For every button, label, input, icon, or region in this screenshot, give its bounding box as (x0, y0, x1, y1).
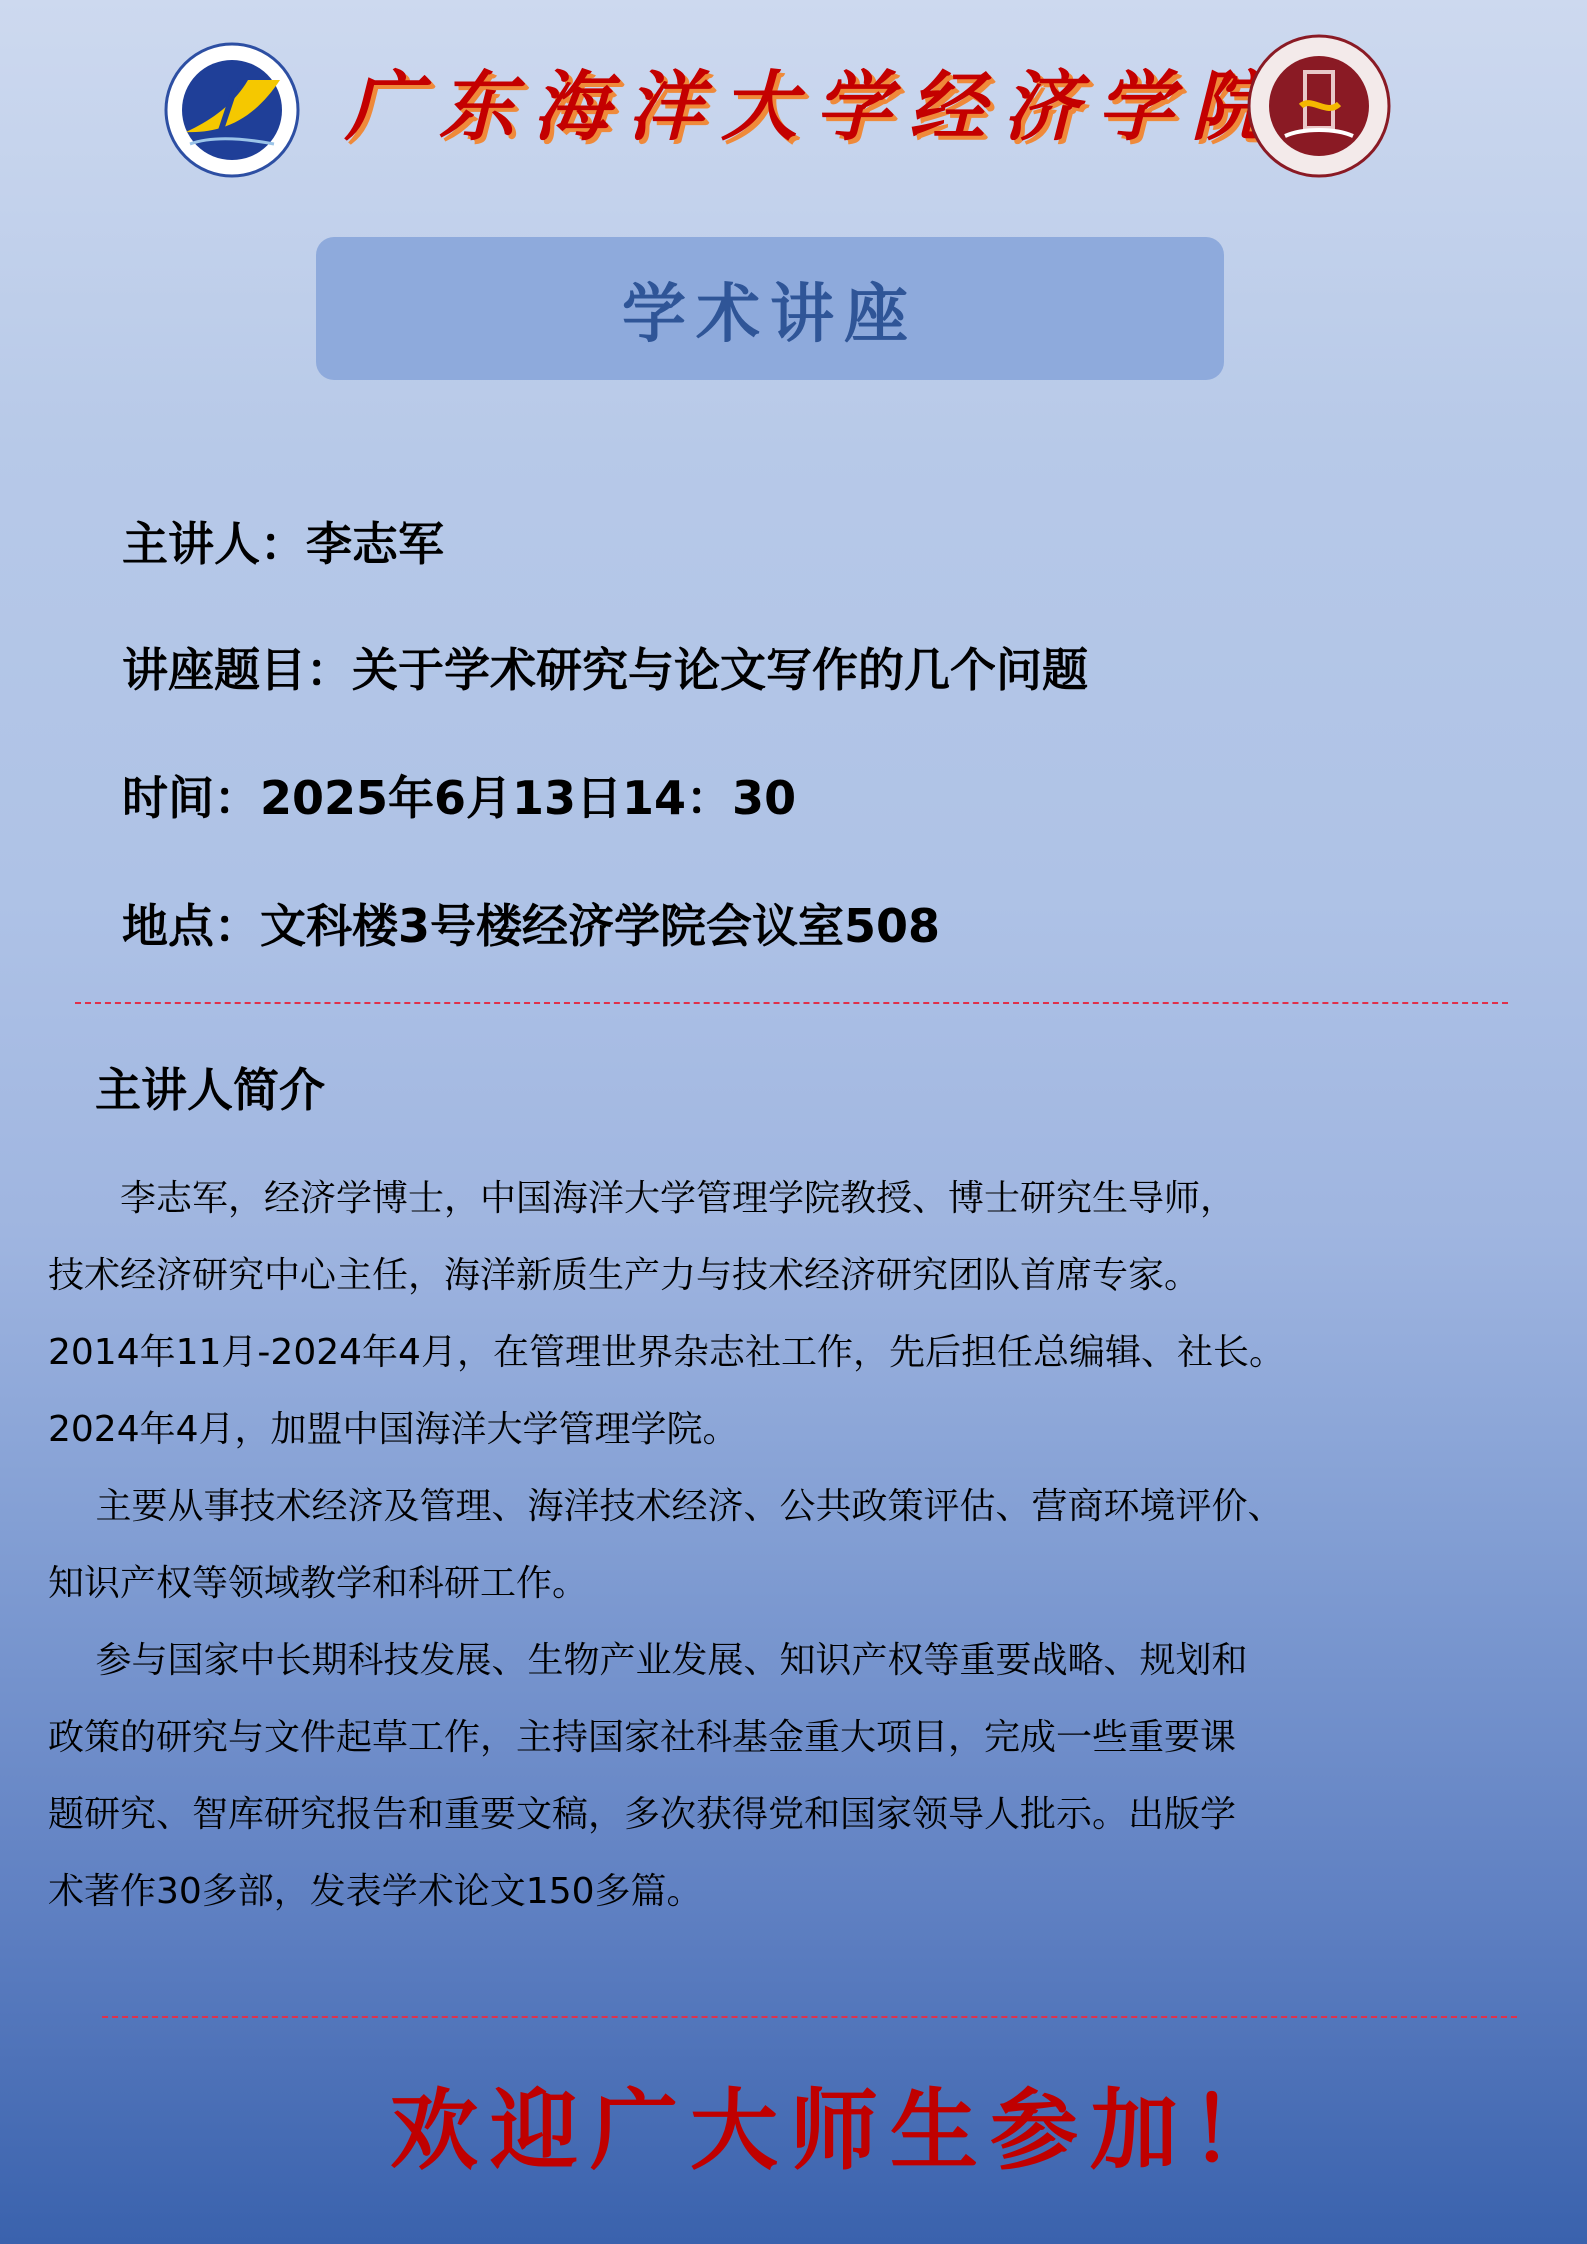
bio-line: 主要从事技术经济及管理、海洋技术经济、公共政策评估、营商环境评价、 (48, 1468, 1528, 1545)
guangdong-ocean-university-logo-icon (162, 40, 302, 180)
bio-heading: 主讲人简介 (95, 1060, 325, 1120)
topic-line: 讲座题目：关于学术研究与论文写作的几个问题 (122, 640, 1088, 700)
bio-line: 知识产权等领域教学和科研工作。 (48, 1545, 1528, 1622)
divider-bottom (102, 2016, 1517, 2018)
bio-line: 技术经济研究中心主任，海洋新质生产力与技术经济研究团队首席专家。 (48, 1237, 1528, 1314)
lecture-banner: 学术讲座 (316, 237, 1224, 380)
speaker-line: 主讲人：李志军 (122, 514, 444, 574)
bio-line: 2024年4月，加盟中国海洋大学管理学院。 (48, 1391, 1528, 1468)
speaker-bio: 李志军，经济学博士，中国海洋大学管理学院教授、博士研究生导师， 技术经济研究中心… (48, 1160, 1528, 1930)
divider-top (75, 1002, 1508, 1004)
bio-line: 题研究、智库研究报告和重要文稿，多次获得党和国家领导人批示。出版学 (48, 1776, 1528, 1853)
welcome-message: 欢迎广大师生参加！ (280, 2070, 1400, 2190)
bio-line: 政策的研究与文件起草工作，主持国家社科基金重大项目，完成一些重要课 (48, 1699, 1528, 1776)
bio-line: 术著作30多部，发表学术论文150多篇。 (48, 1853, 1528, 1930)
bio-line: 2014年11月-2024年4月，在管理世界杂志社工作，先后担任总编辑、社长。 (48, 1314, 1528, 1391)
college-title: 广东海洋大学经济学院 (345, 52, 1205, 162)
bio-line: 参与国家中长期科技发展、生物产业发展、知识产权等重要战略、规划和 (48, 1622, 1528, 1699)
school-of-economics-logo-icon (1245, 32, 1393, 180)
time-line: 时间：2025年6月13日14：30 (122, 768, 796, 828)
banner-title: 学术讲座 (622, 263, 918, 355)
venue-line: 地点：文科楼3号楼经济学院会议室508 (122, 896, 940, 956)
header: 广东海洋大学经济学院 (0, 0, 1587, 200)
bio-line: 李志军，经济学博士，中国海洋大学管理学院教授、博士研究生导师， (48, 1160, 1528, 1237)
